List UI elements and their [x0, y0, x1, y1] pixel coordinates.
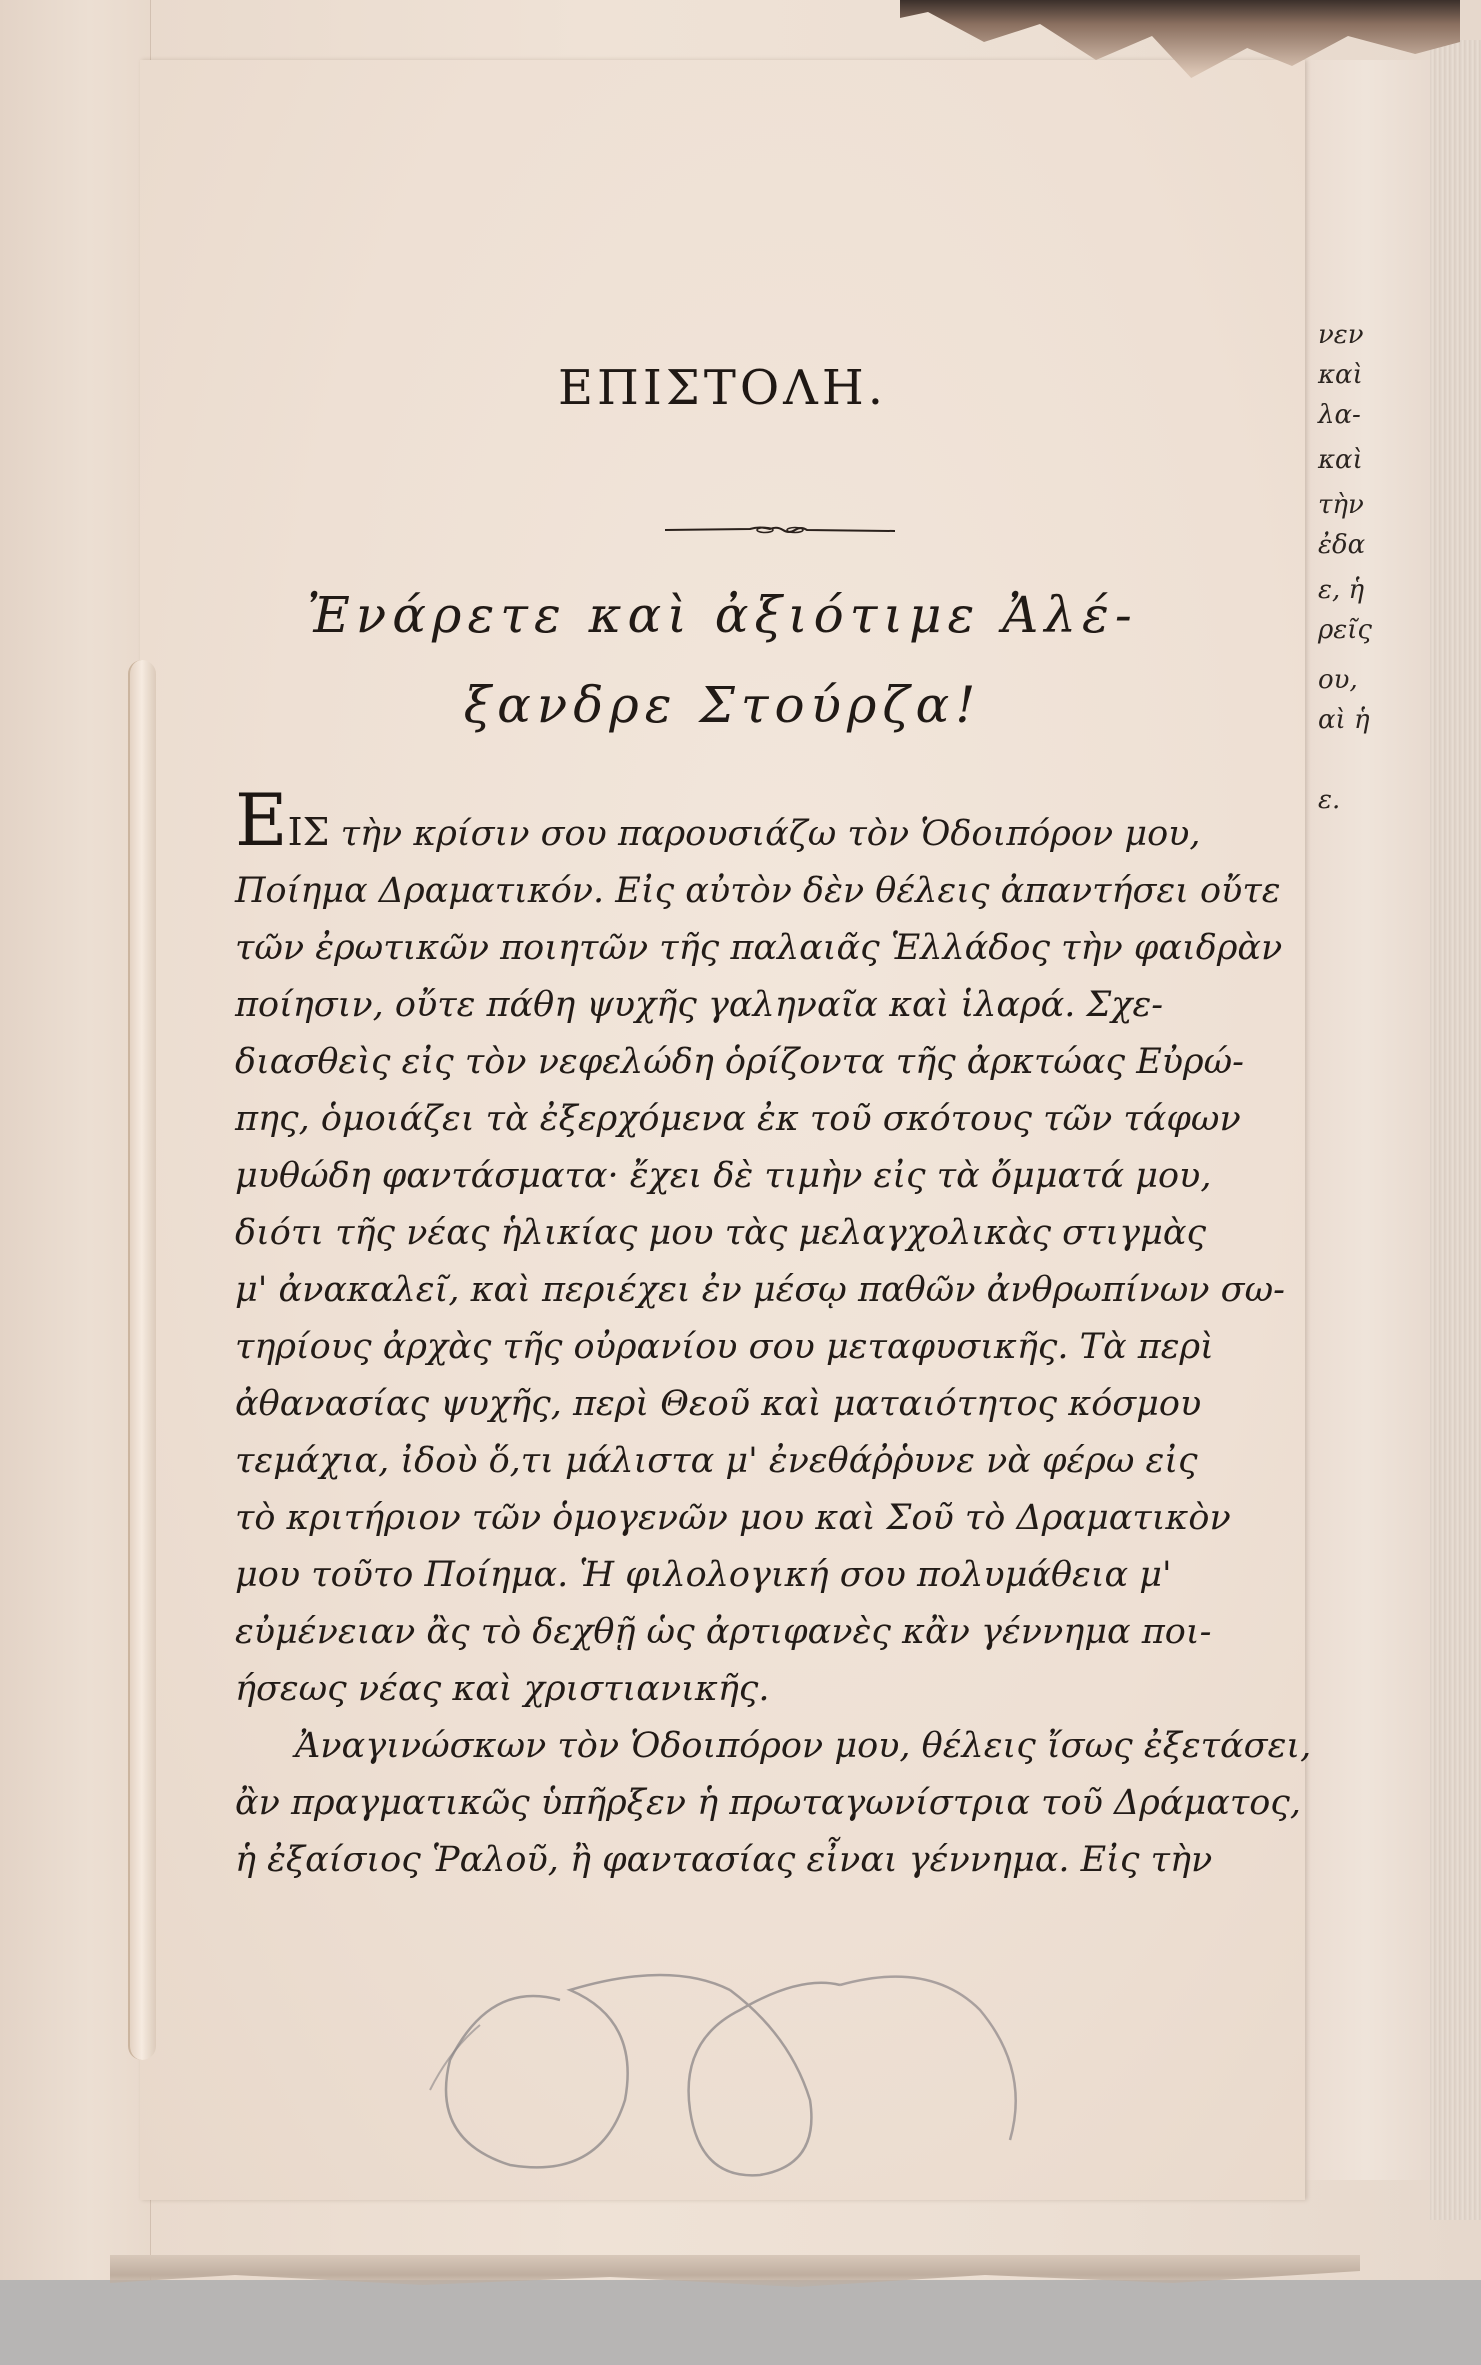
pencil-scribble: [370, 1940, 1270, 2190]
binding-crease: [128, 660, 156, 2060]
body-line: διότι τῆς νέας ἡλικίας μου τὰς μελαγχολι…: [235, 1205, 1285, 1262]
body-line: τηρίους ἀρχὰς τῆς οὐρανίου σου μεταφυσικ…: [235, 1319, 1285, 1376]
underlying-page: [1295, 60, 1436, 2180]
body-line: ἡ ἐξαίσιος Ῥαλοῦ, ἢ φαντασίας εἶναι γένν…: [235, 1832, 1285, 1889]
underpage-fragment: ε, ἡ: [1318, 575, 1364, 605]
body-line: ἀθανασίας ψυχῆς, περὶ Θεοῦ καὶ ματαιότητ…: [235, 1376, 1285, 1433]
underpage-fragment: καὶ: [1318, 445, 1363, 475]
underpage-fragment: καὶ: [1318, 360, 1363, 390]
body-line-paragraph-start: Ἀναγινώσκων τὸν Ὁδοιπόρον μου, θέλεις ἴσ…: [235, 1718, 1285, 1775]
title-rule-ornament: [665, 525, 895, 535]
underpage-fragment: τὴν: [1318, 490, 1364, 520]
scan-background-bottom: [0, 2280, 1481, 2365]
underpage-fragment: ε.: [1318, 785, 1340, 815]
underpage-fragment: νεν: [1318, 320, 1364, 350]
body-line: εὐμένειαν ἂς τὸ δεχθῇ ὡς ἀρτιφανὲς κἂν γ…: [235, 1604, 1285, 1661]
underpage-fragment: λα-: [1318, 400, 1361, 430]
body-line: ποίησιν, οὔτε πάθη ψυχῆς γαληναῖα καὶ ἱλ…: [235, 977, 1285, 1034]
body-line: τῶν ἐρωτικῶν ποιητῶν τῆς παλαιᾶς Ἑλλάδος…: [235, 920, 1285, 977]
salutation-line-1: Ἐνάρετε καὶ ἀξιότιμε Ἀλέ-: [140, 570, 1305, 660]
first-word-rest: ΙΣ: [288, 810, 330, 854]
salutation: Ἐνάρετε καὶ ἀξιότιμε Ἀλέ- ξανδρε Στούρζα…: [140, 570, 1305, 750]
letter-body: ΕΙΣ τὴν κρίσιν σου παρουσιάζω τὸν Ὁδοιπό…: [235, 795, 1285, 1889]
salutation-line-2: ξανδρε Στούρζα!: [140, 660, 1305, 750]
body-line: μ' ἀνακαλεῖ, καὶ περιέχει ἐν μέσῳ παθῶν …: [235, 1262, 1285, 1319]
underpage-fragment: ἐδα: [1318, 530, 1365, 560]
page-title: ΕΠΙΣΤΟΛΗ.: [140, 360, 1305, 416]
underpage-fragment: αὶ ἡ: [1318, 705, 1370, 735]
body-line: διασθεὶς εἰς τὸν νεφελώδη ὁρίζοντα τῆς ἀ…: [235, 1034, 1285, 1091]
body-line: τεμάχια, ἰδοὺ ὅ,τι μάλιστα μ' ἐνεθάῤῥυνε…: [235, 1433, 1285, 1490]
body-line: Ποίημα Δραματικόν. Εἰς αὐτὸν δὲν θέλεις …: [235, 863, 1285, 920]
book-page-edges: [1430, 40, 1481, 2220]
body-line: τὸ κριτήριον τῶν ὁμογενῶν μου καὶ Σοῦ τὸ…: [235, 1490, 1285, 1547]
underpage-fragment: ρεῖς: [1318, 615, 1372, 645]
body-line: μου τοῦτο Ποίημα. Ἡ φιλολογική σου πολυμ…: [235, 1547, 1285, 1604]
body-line: ΕΙΣ τὴν κρίσιν σου παρουσιάζω τὸν Ὁδοιπό…: [235, 795, 1285, 863]
body-line: μυθώδη φαντάσματα· ἔχει δὲ τιμὴν εἰς τὰ …: [235, 1148, 1285, 1205]
body-line: ήσεως νέας καὶ χριστιανικῆς.: [235, 1661, 1285, 1718]
body-line: πης, ὁμοιάζει τὰ ἐξερχόμενα ἐκ τοῦ σκότο…: [235, 1091, 1285, 1148]
drop-cap: Ε: [235, 778, 288, 862]
underpage-fragment: ου,: [1318, 665, 1358, 695]
body-line: ἂν πραγματικῶς ὑπῆρξεν ἡ πρωταγωνίστρια …: [235, 1775, 1285, 1832]
letter-page: ΕΠΙΣΤΟΛΗ. Ἐνάρετε καὶ ἀξιότιμε Ἀλέ- ξανδ…: [140, 60, 1305, 2200]
